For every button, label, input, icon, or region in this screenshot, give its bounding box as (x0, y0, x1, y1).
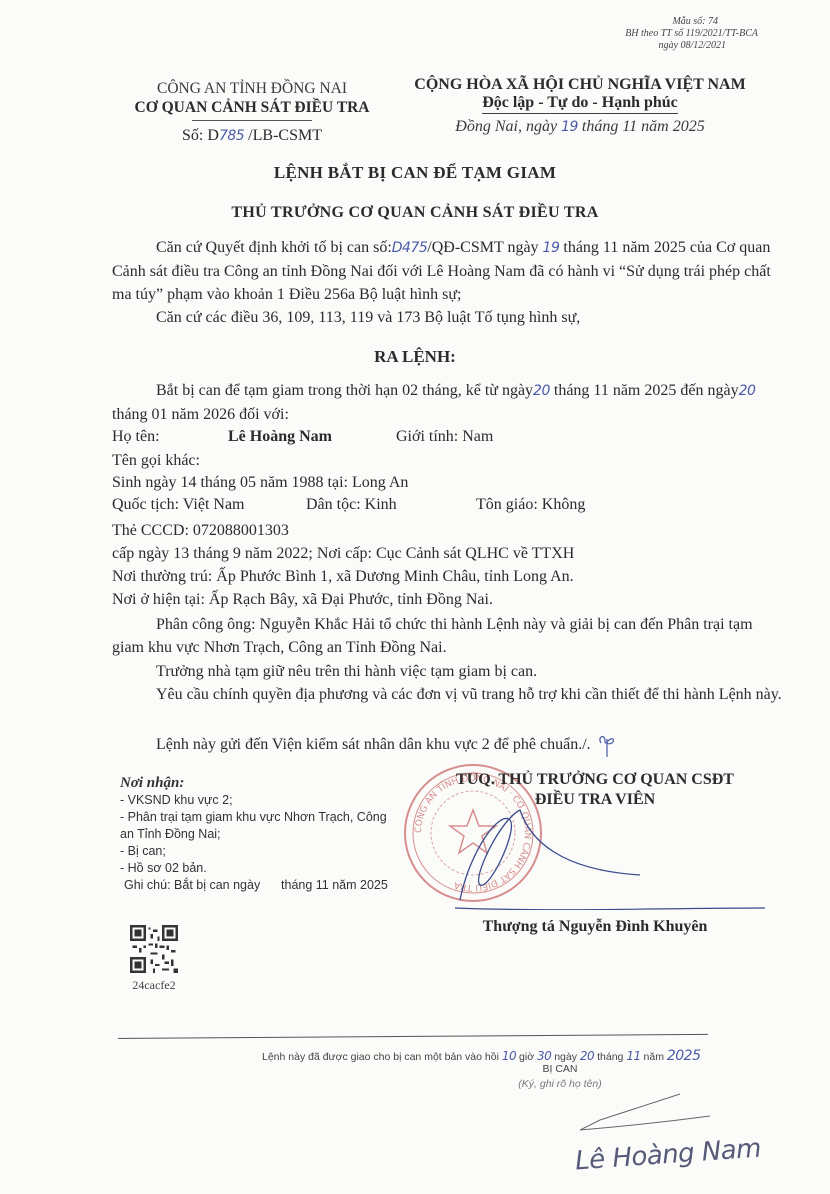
recipients-header: Nơi nhận: (120, 775, 400, 792)
suspect-permanent-address: Nơi thường trú: Ấp Phước Bình 1, xã Dươn… (112, 568, 574, 586)
suspect-nationality: Quốc tịch: Việt Nam (112, 496, 306, 514)
suspect-current-address: Nơi ở hiện tại: Ấp Rạch Bây, xã Đại Phướ… (112, 591, 493, 609)
warden-paragraph: Trưởng nhà tạm giữ nêu trên thi hành việ… (112, 660, 782, 683)
form-reference: Mẫu số: 74 BH theo TT số 119/2021/TT-BCA… (558, 16, 758, 52)
handwritten-decision-day: 19 (543, 240, 560, 256)
separator-line (118, 1034, 708, 1039)
order-paragraph: Bắt bị can để tạm giam trong thời hạn 02… (112, 379, 782, 426)
form-number: Mẫu số: 74 (558, 16, 758, 28)
handwritten-hour: 10 (502, 1049, 516, 1063)
national-motto: Độc lập - Tự do - Hạnh phúc (482, 94, 678, 114)
country-name: CỘNG HÒA XÃ HỘI CHỦ NGHĨA VIỆT NAM (396, 76, 764, 94)
form-circular: BH theo TT số 119/2021/TT-BCA (558, 28, 758, 40)
recipients-list: Nơi nhận: - VKSND khu vực 2; - Phân trại… (120, 775, 400, 894)
handwritten-start-day: 20 (533, 383, 550, 399)
support-paragraph: Yêu cầu chính quyền địa phương và các đơ… (112, 683, 782, 706)
recipient-item: - VKSND khu vực 2; (120, 792, 400, 809)
signature-authority: TUQ. THỦ TRƯỞNG CƠ QUAN CSĐT (410, 770, 780, 790)
document-subtitle: THỦ TRƯỞNG CƠ QUAN CẢNH SÁT ĐIỀU TRA (0, 204, 830, 222)
handwritten-day: 19 (561, 119, 578, 135)
suspect-ethnicity: Dân tộc: Kinh (306, 496, 476, 514)
assignment-paragraph: Phân công ông: Nguyễn Khắc Hải tổ chức t… (112, 613, 782, 659)
recipient-item: - Bị can; (120, 843, 400, 860)
qr-code-id: 24cacfe2 (124, 978, 184, 993)
name-label: Họ tên: (112, 428, 228, 446)
suspect-nationality-row: Quốc tịch: Việt NamDân tộc: KinhTôn giáo… (112, 496, 585, 514)
header-underline (192, 120, 312, 121)
recipient-item: - Hồ sơ 02 bản. (120, 860, 400, 877)
arrest-note: Ghi chú: Bắt bị can ngày tháng 11 năm 20… (120, 877, 400, 894)
document-number: Số: D785 /LB-CSMT (112, 127, 392, 145)
suspect-gender: Giới tính: Nam (396, 428, 493, 445)
handwritten-end-day: 20 (739, 383, 756, 399)
department-name: CƠ QUAN CẢNH SÁT ĐIỀU TRA (112, 99, 392, 117)
approval-paragraph: Lệnh này gửi đến Viện kiểm sát nhân dân … (112, 731, 782, 759)
agency-name: CÔNG AN TỈNH ĐỒNG NAI (112, 80, 392, 98)
suspect-alias: Tên gọi khác: (112, 452, 200, 470)
order-heading: RA LỆNH: (0, 347, 830, 367)
handwritten-number: 785 (219, 128, 244, 144)
handwritten-delivery-month: 11 (626, 1049, 640, 1063)
suspect-name: Lê Hoàng Nam (228, 428, 396, 446)
suspect-religion: Tôn giáo: Không (476, 496, 585, 513)
suspect-id-issued: cấp ngày 13 tháng 9 năm 2022; Nơi cấp: C… (112, 545, 574, 563)
suspect-signature-label: BỊ CAN (Ký, ghi rõ họ tên) (460, 1062, 660, 1092)
suspect-role: BỊ CAN (460, 1062, 660, 1077)
recipient-item: - Phân trại tạm giam khu vực Nhơn Trạch,… (120, 809, 400, 843)
suspect-birth: Sinh ngày 14 tháng 05 năm 1988 tại: Long… (112, 474, 408, 492)
place-date: Đồng Nai, ngày 19 tháng 11 năm 2025 (396, 118, 764, 136)
national-header: CỘNG HÒA XÃ HỘI CHỦ NGHĨA VIỆT NAM Độc l… (396, 76, 764, 136)
document-title: LỆNH BẮT BỊ CAN ĐỂ TẠM GIAM (0, 163, 830, 183)
handwritten-delivery-year: 2025 (667, 1048, 701, 1064)
suspect-id-card: Thẻ CCCD: 072088001303 (112, 522, 289, 540)
handwritten-decision-number: D475 (392, 240, 428, 256)
handwritten-minute: 30 (537, 1049, 551, 1063)
issuing-agency-header: CÔNG AN TỈNH ĐỒNG NAI CƠ QUAN CẢNH SÁT Đ… (112, 80, 392, 145)
basis-paragraph-1: Căn cứ Quyết định khởi tố bị can số:D475… (112, 236, 782, 306)
initials-signature-icon (595, 731, 619, 759)
handwritten-signature-icon (440, 790, 770, 910)
qr-code-icon (130, 925, 178, 973)
form-date: ngày 08/12/2021 (558, 40, 758, 52)
suspect-name-row: Họ tên:Lê Hoàng NamGiới tính: Nam (112, 428, 493, 446)
suspect-signature-stroke-icon (580, 1090, 780, 1140)
basis-paragraph-2: Căn cứ các điều 36, 109, 113, 119 và 173… (112, 306, 782, 329)
handwritten-delivery-day: 20 (580, 1049, 594, 1063)
signer-name: Thượng tá Nguyễn Đình Khuyên (410, 918, 780, 936)
